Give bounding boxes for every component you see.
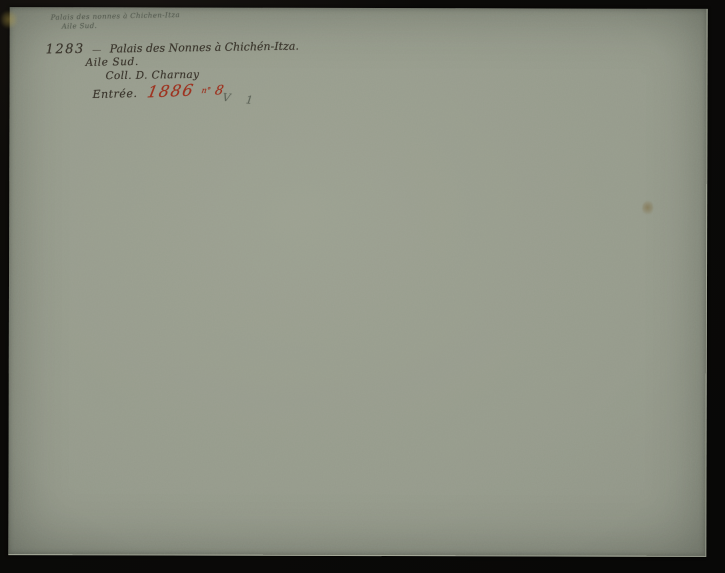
entry-unit: n° — [201, 86, 212, 95]
entry-label: Entrée. — [92, 87, 137, 101]
wing-line: Aile Sud. — [85, 56, 138, 69]
title-text: Palais des Nonnes à Chichén-Itza. — [110, 40, 299, 56]
inventory-number: 1283 — [46, 42, 85, 58]
entry-line: Entrée. 1886 n° 8 — [92, 80, 224, 102]
ink-title-line: 1283 — Palais des Nonnes à Chichén-Itza. — [46, 39, 300, 58]
entry-year: 1886 — [146, 80, 196, 101]
pencil-note-line1: Palais des nonnes à Chichen-Itza — [51, 11, 181, 22]
separator-dash: — — [92, 46, 101, 56]
pencil-mark-v1: V 1 — [222, 91, 260, 108]
edge-smudge — [1, 10, 17, 29]
stain-mark — [642, 201, 653, 216]
photo-scan-background: Palais des nonnes à Chichen-Itza Aile Su… — [0, 0, 725, 573]
card-verso-paper: Palais des nonnes à Chichen-Itza Aile Su… — [8, 7, 707, 557]
pencil-note-line2: Aile Sud. — [62, 22, 98, 31]
entry-number-red: 1886 n° 8 — [146, 79, 226, 101]
